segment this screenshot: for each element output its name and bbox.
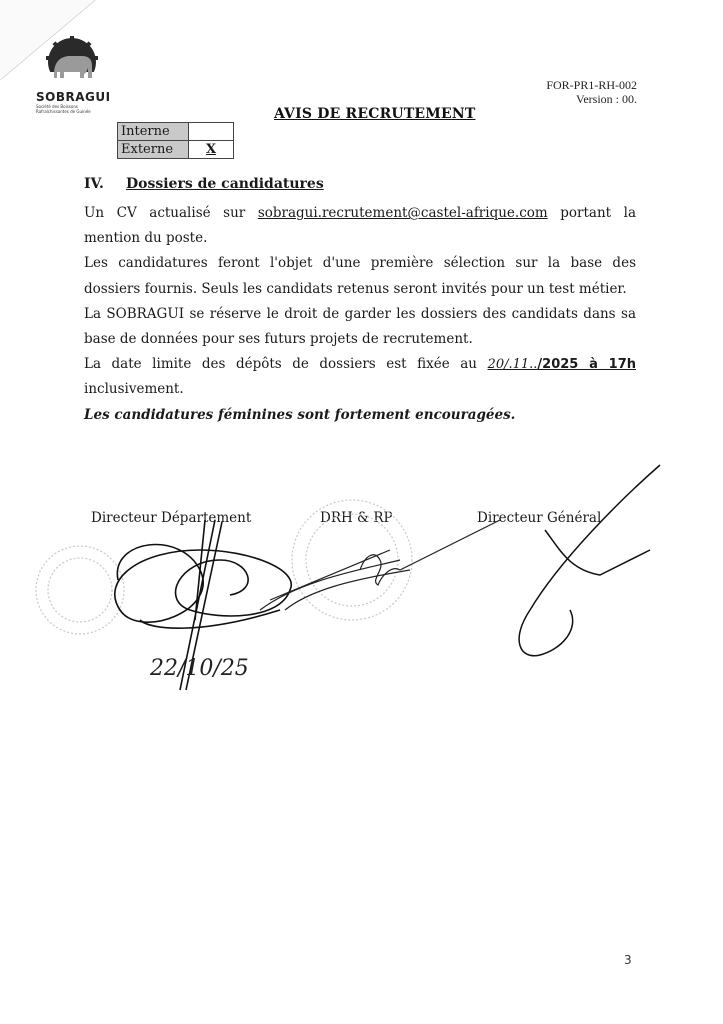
company-name: SOBRAGUI bbox=[36, 90, 116, 104]
document-reference: FOR-PR1-RH-002 Version : 00. bbox=[546, 78, 637, 106]
reference-code: FOR-PR1-RH-002 bbox=[546, 78, 637, 92]
recruitment-type-table: Interne Externe X bbox=[117, 122, 234, 159]
document-body: Un CV actualisé sur sobragui.recrutement… bbox=[84, 201, 636, 428]
paragraph-deadline: La date limite des dépôts de dossiers es… bbox=[84, 352, 636, 402]
elephant-logo-icon bbox=[40, 34, 104, 86]
page-title: AVIS DE RECRUTEMENT bbox=[274, 106, 476, 122]
type-label-external: Externe bbox=[118, 141, 189, 159]
table-row: Interne bbox=[118, 123, 234, 141]
paragraph-encouragement: Les candidatures féminines sont fortemen… bbox=[84, 403, 636, 428]
company-logo: SOBRAGUI Société des Boissons Rafraîchis… bbox=[36, 34, 116, 114]
paragraph-database: La SOBRAGUI se réserve le droit de garde… bbox=[84, 302, 636, 352]
signature-general-director bbox=[519, 465, 660, 656]
handwritten-signature-date: 22/10/25 bbox=[149, 656, 249, 681]
signatures-and-stamps: 22/10/25 bbox=[0, 460, 723, 720]
signature-hr bbox=[260, 520, 500, 610]
section-heading: IV.Dossiers de candidatures bbox=[84, 176, 324, 192]
version-label: Version : 00. bbox=[546, 92, 637, 106]
handwritten-date: 20/.11.. bbox=[488, 357, 538, 372]
type-mark-external: X bbox=[189, 141, 234, 159]
page-number: 3 bbox=[624, 953, 632, 967]
section-title: Dossiers de candidatures bbox=[126, 176, 324, 192]
deadline-date: 20/.11../2025 à 17h bbox=[488, 357, 636, 372]
table-row: Externe X bbox=[118, 141, 234, 159]
paragraph-selection: Les candidatures feront l'objet d'une pr… bbox=[84, 251, 636, 301]
company-subtitle: Société des Boissons Rafraîchissantes de… bbox=[36, 104, 112, 114]
type-label-internal: Interne bbox=[118, 123, 189, 141]
section-number: IV. bbox=[84, 176, 126, 192]
type-mark-internal bbox=[189, 123, 234, 141]
email-link[interactable]: sobragui.recrutement@castel-afrique.com bbox=[258, 205, 548, 221]
stamp-icon bbox=[36, 500, 412, 634]
paragraph-cv: Un CV actualisé sur sobragui.recrutement… bbox=[84, 201, 636, 251]
